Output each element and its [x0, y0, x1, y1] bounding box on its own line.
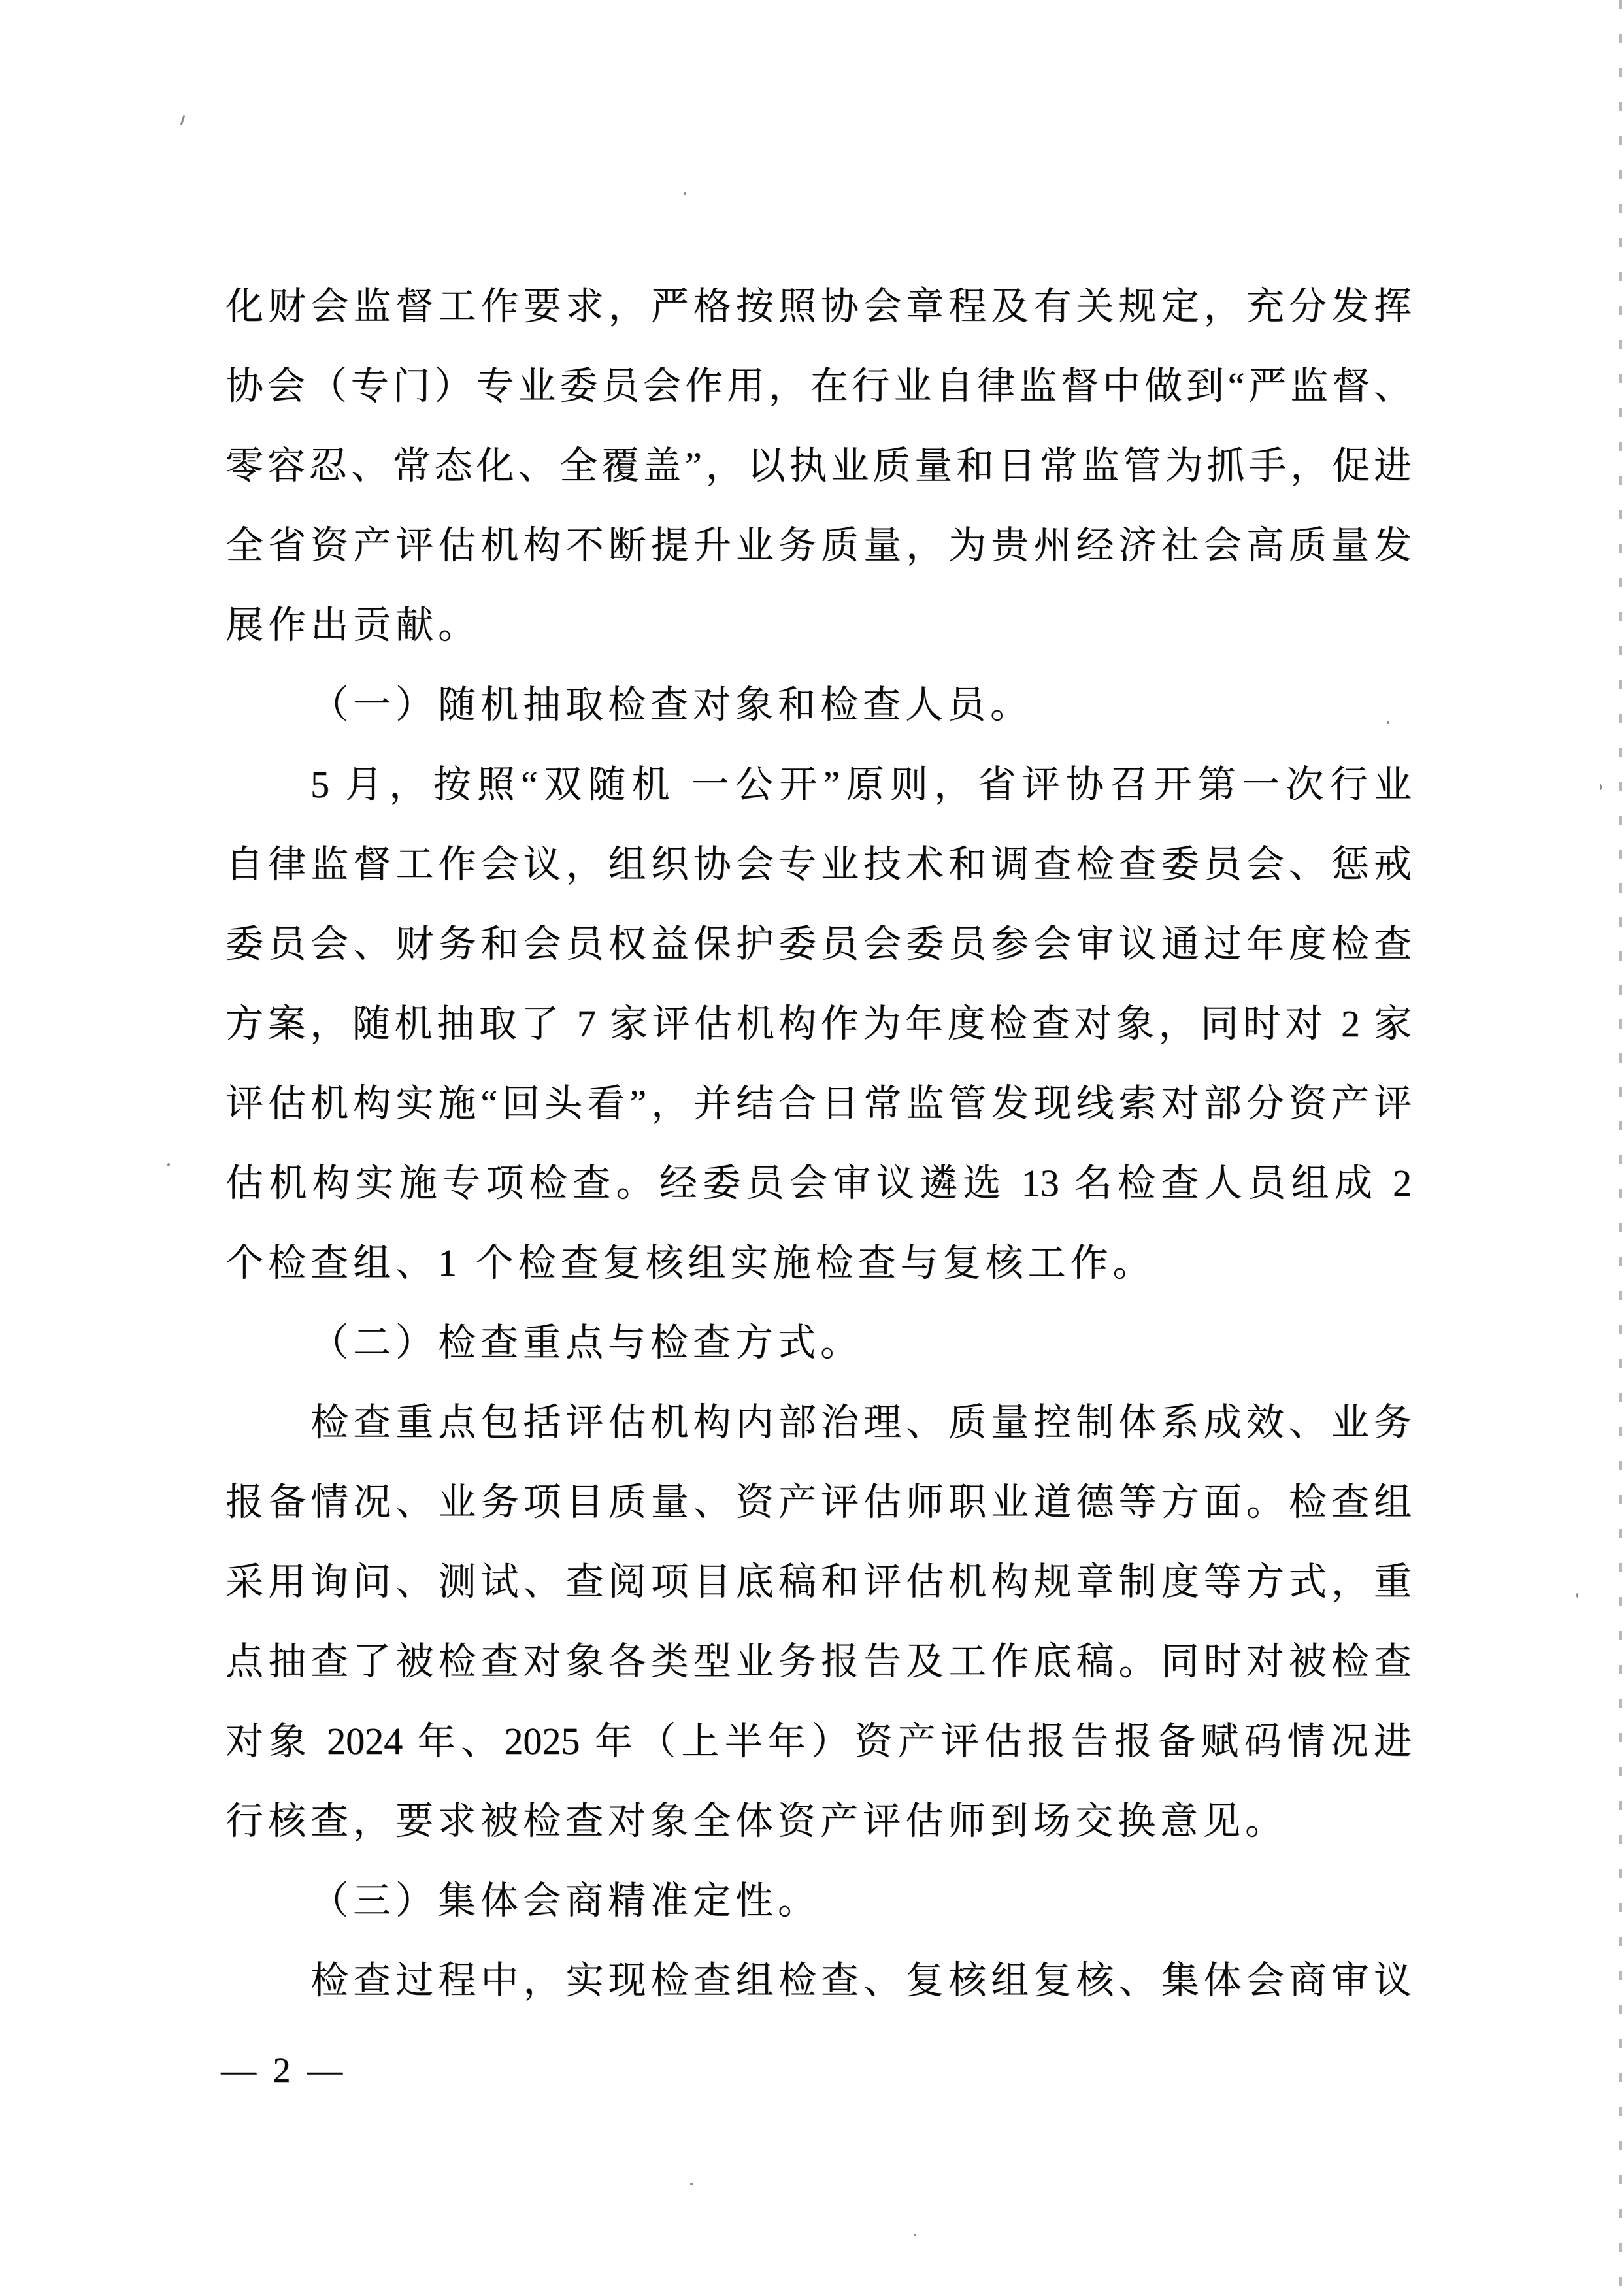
text-line: 自律监督工作会议，组织协会专业技术和调查检查委员会、惩戒: [225, 825, 1412, 904]
document-text-block: 化财会监督工作要求，严格按照协会章程及有关规定，充分发挥协会（专门）专业委员会作…: [225, 267, 1412, 2021]
text-line: 采用询问、测试、查阅项目底稿和评估机构规章制度等方式，重: [225, 1542, 1412, 1622]
text-line: 零容忍、常态化、全覆盖”，以执业质量和日常监管为抓手，促进: [225, 426, 1412, 506]
text-line: 行核查，要求被检查对象全体资产评估师到场交换意见。: [225, 1781, 1412, 1861]
text-line: 化财会监督工作要求，严格按照协会章程及有关规定，充分发挥: [225, 267, 1412, 346]
text-line: 评估机构实施“回头看”，并结合日常监管发现线索对部分资产评: [225, 1064, 1412, 1144]
text-line: 估机构实施专项检查。经委员会审议遴选 13 名检查人员组成 2: [225, 1144, 1412, 1223]
text-line: 个检查组、1 个检查复核组实施检查与复核工作。: [225, 1223, 1412, 1303]
scan-speck: [167, 1163, 170, 1166]
text-line: 点抽查了被检查对象各类型业务报告及工作底稿。同时对被检查: [225, 1622, 1412, 1702]
scan-speck: [1600, 784, 1602, 790]
text-line: （一）随机抽取检查对象和检查人员。: [225, 665, 1412, 745]
scan-speck: [1387, 721, 1389, 724]
document-page: 化财会监督工作要求，严格按照协会章程及有关规定，充分发挥协会（专门）专业委员会作…: [0, 0, 1624, 2293]
scan-speck: [1120, 295, 1122, 299]
scan-speck: [1576, 1593, 1578, 1598]
text-line: 协会（专门）专业委员会作用，在行业自律监督中做到“严监督、: [225, 346, 1412, 426]
scan-speck: [1209, 1486, 1212, 1489]
text-line: 对象 2024 年、2025 年（上半年）资产评估报告报备赋码情况进: [225, 1702, 1412, 1781]
text-line: 方案，随机抽取了 7 家评估机构作为年度检查对象，同时对 2 家: [225, 984, 1412, 1064]
scan-speck: [914, 2234, 916, 2236]
text-line: 报备情况、业务项目质量、资产评估师职业道德等方面。检查组: [225, 1462, 1412, 1542]
scan-edge-artifact: [1619, 0, 1622, 2293]
text-line: 5 月，按照“双随机 一公开”原则，省评协召开第一次行业: [225, 745, 1412, 825]
text-line: （三）集体会商精准定性。: [225, 1861, 1412, 1941]
scan-speck: [684, 192, 686, 195]
text-line: （二）检查重点与检查方式。: [225, 1303, 1412, 1383]
text-line: 展作出贡献。: [225, 586, 1412, 665]
scan-speck: [180, 115, 186, 125]
text-line: 检查重点包括评估机构内部治理、质量控制体系成效、业务: [225, 1383, 1412, 1462]
page-number: — 2 —: [221, 2044, 346, 2096]
scan-speck: [690, 2183, 693, 2185]
text-line: 委员会、财务和会员权益保护委员会委员参会审议通过年度检查: [225, 904, 1412, 984]
text-line: 检查过程中，实现检查组检查、复核组复核、集体会商审议: [225, 1941, 1412, 2021]
text-line: 全省资产评估机构不断提升业务质量，为贵州经济社会高质量发: [225, 506, 1412, 586]
